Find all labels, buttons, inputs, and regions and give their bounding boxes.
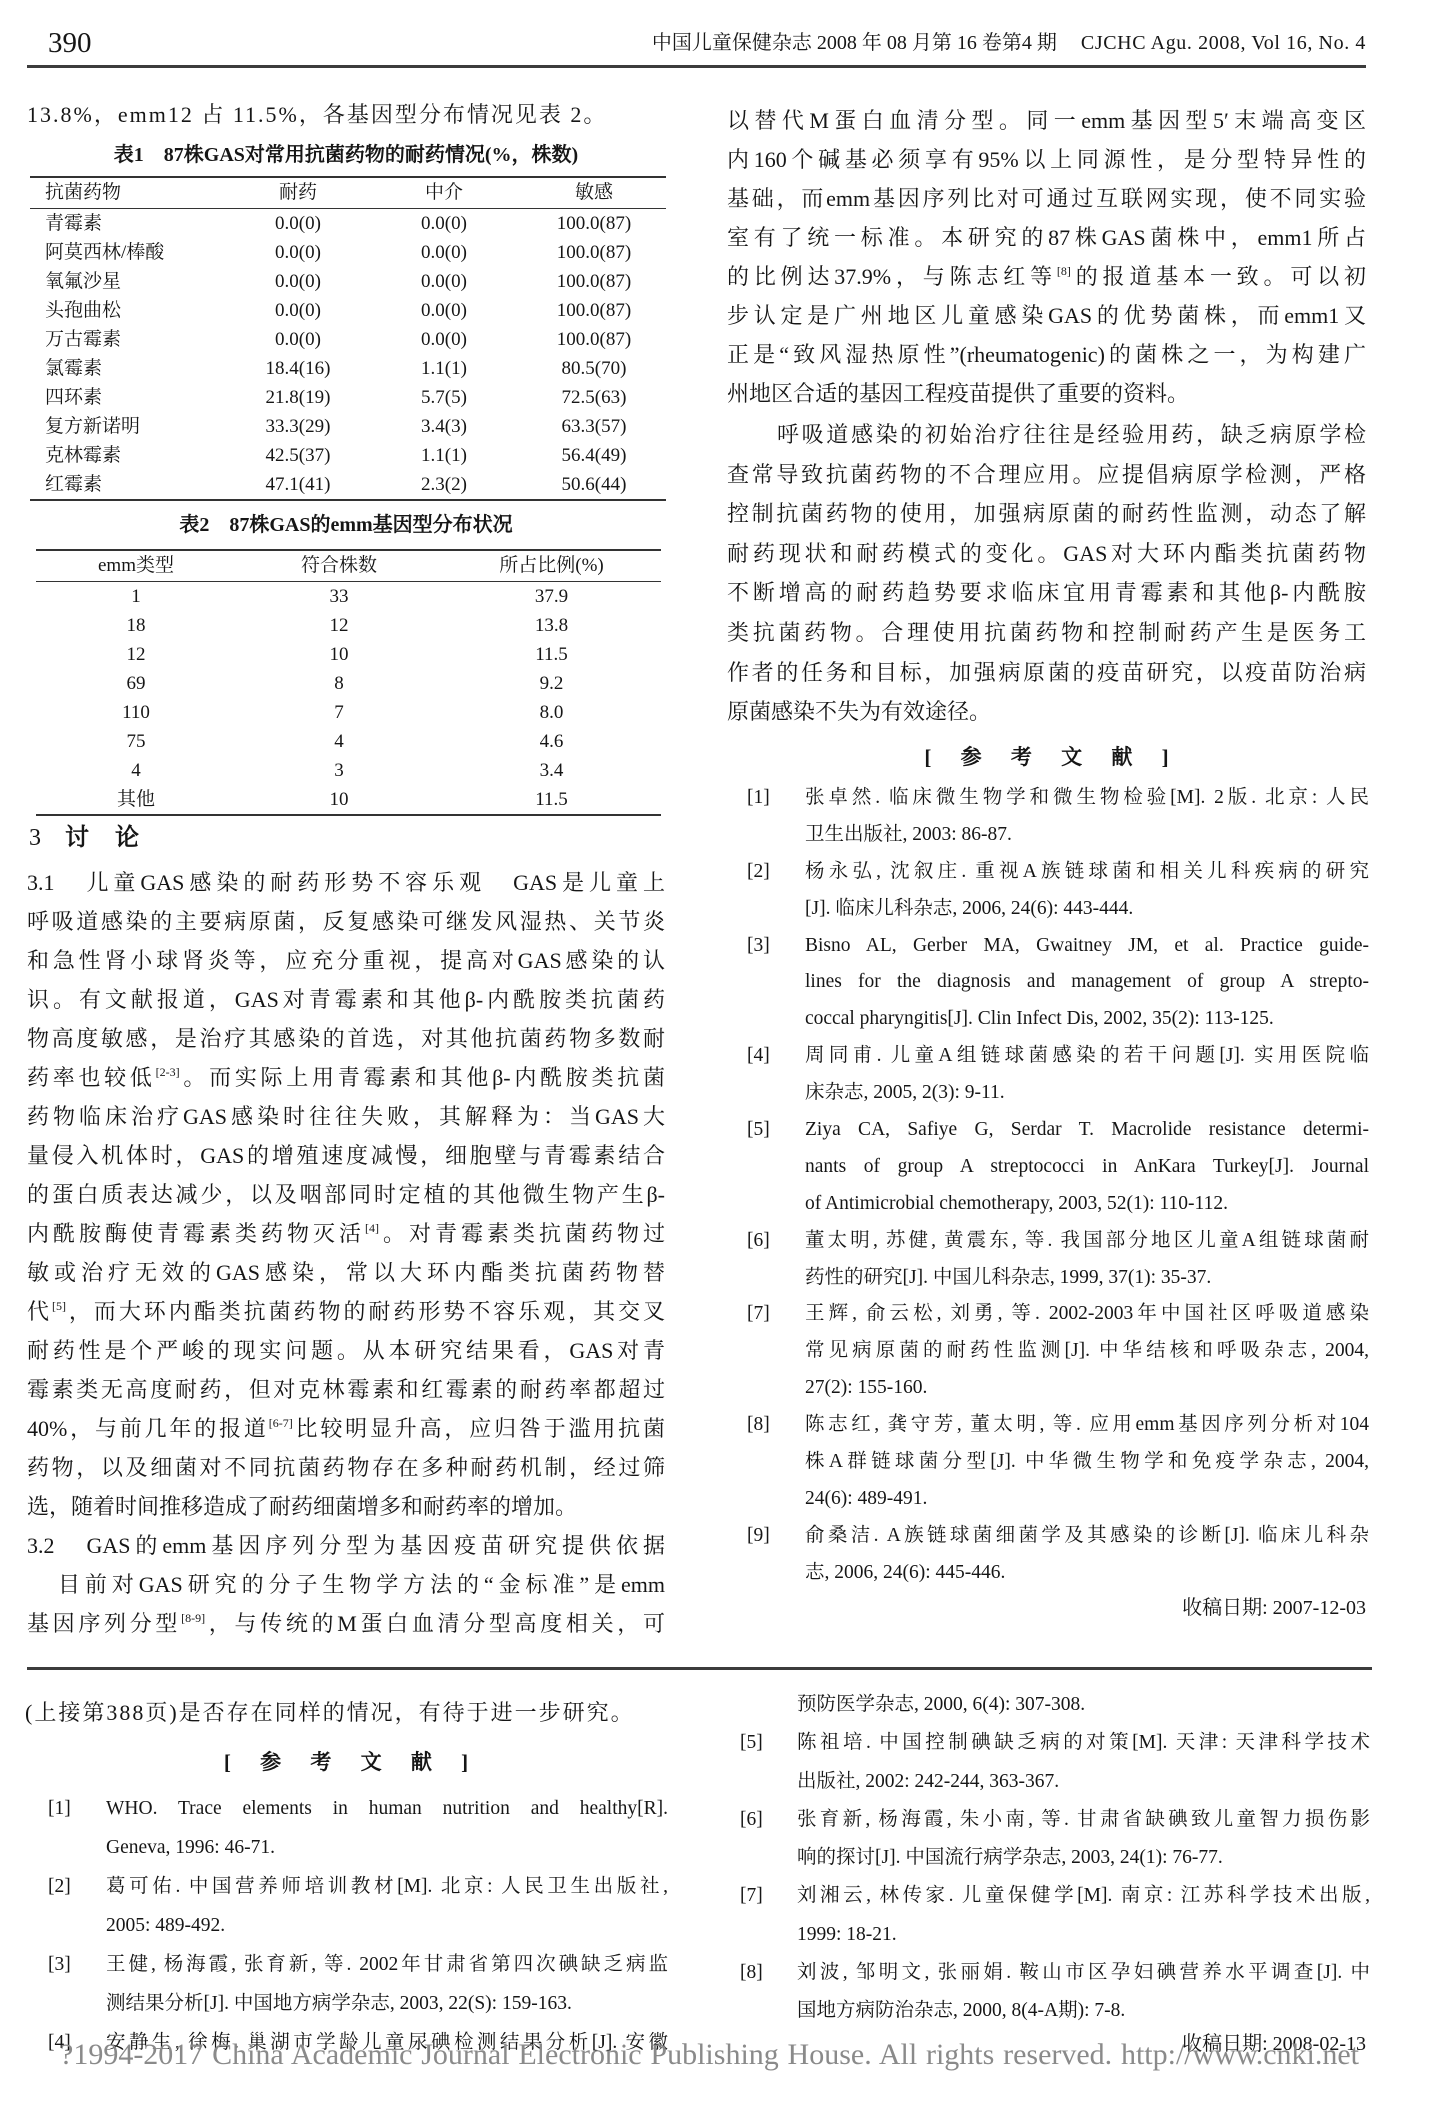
reference-item-5: [5]Ziya CA, Safiye G, Serdar T. Macrolid…: [727, 1112, 1369, 1149]
table2-header-cell: 所占比例(%): [442, 551, 661, 581]
table2-header-cell: emm类型: [36, 551, 236, 581]
reference-text: 张育新, 杨海霞, 朱小南, 等. 甘肃省缺碘致儿童智力损伤影: [797, 1809, 1370, 1830]
reference-line: [J]. 临床儿科杂志, 2006, 24(6): 443-444.: [727, 891, 1369, 928]
table1-caption: 表1 87株GAS对常用抗菌药物的耐药情况(%，株数): [27, 136, 665, 174]
reference-line: 27(2): 155-160.: [727, 1370, 1369, 1407]
table1-cell: 63.3(57): [522, 412, 666, 441]
table2-cell: 7: [236, 698, 442, 727]
reference-item-2: [2]杨永弘, 沈叙庄. 重视A族链球菌和相关儿科疾病的研究: [727, 854, 1369, 891]
text-line: 室有了统一标准。本研究的87株GAS菌株中，emm1所占: [727, 218, 1366, 257]
reference-number: [7]: [747, 1296, 770, 1333]
reference-item-9: [9]俞桑洁. A族链球菌细菌学及其感染的诊断[J]. 临床儿科杂: [727, 1518, 1369, 1555]
text-line: 步认定是广州地区儿童感染GAS的优势菌株，而emm1又: [727, 296, 1366, 335]
text-line: 代[5]，而大环内酯类抗菌药物的耐药形势不容乐观，其交叉: [27, 1292, 665, 1331]
reference-text: WHO. Trace elements in human nutrition a…: [106, 1798, 668, 1819]
reference-number: [1]: [48, 1789, 71, 1828]
table2-row: 69 8 9.2: [36, 669, 661, 698]
table2-cell: 1: [36, 582, 236, 611]
text-line: 的比例达37.9%，与陈志红等[8]的报道基本一致。可以初: [727, 257, 1366, 296]
reference-text: 陈志红, 龚守芳, 董太明, 等. 应用emm基因序列分析对104: [805, 1414, 1369, 1435]
reference-text: 刘波, 邹明文, 张丽娟. 鞍山市区孕妇碘营养水平调查[J]. 中: [797, 1962, 1370, 1983]
line-text: 。而实际上用青霉素和其他β-内酰胺类抗菌: [180, 1065, 665, 1090]
text-line: 3.1 儿童GAS感染的耐药形势不容乐观 GAS是儿童上: [27, 863, 665, 902]
table2-cell: 12: [36, 640, 236, 669]
table2-row: 18 12 13.8: [36, 611, 661, 640]
table2-cell: 其他: [36, 785, 236, 814]
references-heading: [ 参 考 文 献 ]: [27, 1743, 665, 1781]
reference-item-4: [4]周同甫. 儿童A组链球菌感染的若干问题[J]. 实用医院临: [727, 1038, 1369, 1075]
reference-list-continued: 预防医学杂志, 2000, 6(4): 307-308. [5]陈祖培. 中国控…: [727, 1686, 1370, 2031]
reference-text: Bisno AL, Gerber MA, Gwaitney JM, et al.…: [805, 935, 1369, 956]
text-line: 以替代M蛋白血清分型。同一emm基因型5′末端高变区: [727, 101, 1366, 140]
subsection-heading: 3.2 GAS的emm基因序列分型为基因疫苗研究提供依据: [27, 1533, 665, 1558]
reference-line: 株A群链球菌分型[J]. 中华微生物学和免疫学杂志, 2004,: [727, 1444, 1369, 1481]
table2-header-row: emm类型 符合株数 所占比例(%): [36, 551, 661, 582]
line-text: ，而大环内酯类抗菌药物的耐药形势不容乐观，其交叉: [66, 1299, 665, 1324]
continued-from-text: (上接第388页)是否存在同样的情况，有待于进一步研究。: [25, 1694, 635, 1732]
text-line: 查常导致抗菌药物的不合理应用。应提倡病原学检测，严格: [727, 455, 1366, 495]
table1-row: 氯霉素 18.4(16) 1.1(1) 80.5(70): [30, 354, 666, 383]
table2-cell: 110: [36, 698, 236, 727]
line-text: 40%，与前几年的报道: [27, 1416, 269, 1441]
reference-number: [2]: [747, 854, 770, 891]
table2-cell: 8.0: [442, 698, 661, 727]
text-line: 原菌感染不失为有效途径。: [727, 692, 1366, 732]
table1-cell: 72.5(63): [522, 383, 666, 412]
reference-item-1: [1]张卓然. 临床微生物学和微生物检验[M]. 2版. 北京: 人民: [727, 780, 1369, 817]
table1-header-cell: 敏感: [522, 178, 666, 208]
text-line: 药率也较低[2-3]。而实际上用青霉素和其他β-内酰胺类抗菌: [27, 1058, 665, 1097]
reference-number: [7]: [740, 1877, 763, 1915]
table2-row: 1 33 37.9: [36, 582, 661, 611]
table2-cell: 11.5: [442, 785, 661, 814]
table1-cell: 万古霉素: [30, 325, 230, 354]
line-text: 基因序列分型: [27, 1611, 181, 1636]
reference-number: [9]: [747, 1518, 770, 1555]
reference-text: Ziya CA, Safiye G, Serdar T. Macrolide r…: [805, 1119, 1369, 1140]
table1-header-cell: 耐药: [230, 178, 366, 208]
page-number: 390: [48, 24, 92, 62]
running-header: 中国儿童保健杂志 2008 年 08 月第 16 卷第4 期CJCHC Agu.…: [652, 24, 1366, 62]
line-text: 的报道基本一致。可以初: [1071, 264, 1366, 289]
table1-row: 头孢曲松 0.0(0) 0.0(0) 100.0(87): [30, 296, 666, 325]
reference-item-5: [5]陈祖培. 中国控制碘缺乏病的对策[M]. 天津: 天津科学技术: [727, 1724, 1370, 1762]
reference-text: 杨永弘, 沈叙庄. 重视A族链球菌和相关儿科疾病的研究: [805, 861, 1369, 882]
copyright-watermark: ?1994-2017 China Academic Journal Electr…: [60, 2034, 1359, 2076]
table1-header-row: 抗菌药物 耐药 中介 敏感: [30, 178, 666, 209]
text-line: 作者的任务和目标，加强病原菌的疫苗研究，以疫苗防治病: [727, 653, 1366, 693]
table2-cell: 8: [236, 669, 442, 698]
text-line: 3.2 GAS的emm基因序列分型为基因疫苗研究提供依据: [27, 1526, 665, 1565]
reference-number: [6]: [747, 1223, 770, 1260]
reference-item-6: [6]董太明, 苏健, 黄震东, 等. 我国部分地区儿童A组链球菌耐: [727, 1223, 1369, 1260]
table1-header-cell: 中介: [366, 178, 522, 208]
table1-cell: 3.4(3): [366, 412, 522, 441]
text-line: 正是“致风湿热原性”(rheumatogenic)的菌株之一，为构建广: [727, 335, 1366, 374]
table2-cell: 11.5: [442, 640, 661, 669]
table1-cell: 复方新诺明: [30, 412, 230, 441]
table1-row: 阿莫西林/棒酸 0.0(0) 0.0(0) 100.0(87): [30, 238, 666, 267]
reference-line: 出版社, 2002: 242-244, 363-367.: [727, 1763, 1370, 1801]
table1-cell: 100.0(87): [522, 209, 666, 238]
line-text: 药率也较低: [27, 1065, 156, 1090]
citation-superscript: [5]: [52, 1299, 66, 1313]
reference-line: of Antimicrobial chemotherapy, 2003, 52(…: [727, 1186, 1369, 1223]
reference-text: 俞桑洁. A族链球菌细菌学及其感染的诊断[J]. 临床儿科杂: [805, 1525, 1369, 1546]
line-text: ，与传统的M蛋白血清分型高度相关，可: [205, 1611, 665, 1636]
text-line: 霉素类无高度耐药，但对克林霉素和红霉素的耐药率都超过: [27, 1370, 665, 1409]
text-line: 耐药性是个严峻的现实问题。从本研究结果看，GAS对青: [27, 1331, 665, 1370]
text-line: 选，随着时间推移造成了耐药细菌增多和耐药率的增加。: [27, 1487, 665, 1526]
text-line: 药物，以及细菌对不同抗菌药物存在多种耐药机制，经过筛: [27, 1448, 665, 1487]
reference-line: 响的探讨[J]. 中国流行病学杂志, 2003, 24(1): 76-77.: [727, 1839, 1370, 1877]
table1-cell: 18.4(16): [230, 354, 366, 383]
header-rule: [27, 65, 1366, 68]
table1-row: 复方新诺明 33.3(29) 3.4(3) 63.3(57): [30, 412, 666, 441]
table1-row: 四环素 21.8(19) 5.7(5) 72.5(63): [30, 383, 666, 412]
table1-header-cell: 抗菌药物: [30, 178, 230, 208]
table1-cell: 0.0(0): [230, 267, 366, 296]
table1-row: 克林霉素 42.5(37) 1.1(1) 56.4(49): [30, 441, 666, 470]
section-title: 讨论: [65, 825, 165, 851]
table1-cell: 100.0(87): [522, 325, 666, 354]
table2-cell: 3.4: [442, 756, 661, 785]
table1-cell: 0.0(0): [230, 238, 366, 267]
table1-cell: 氧氟沙星: [30, 267, 230, 296]
intro-line: 13.8%，emm12 占 11.5%，各基因型分布情况见表 2。: [27, 96, 607, 134]
reference-item-8: [8]陈志红, 龚守芳, 董太明, 等. 应用emm基因序列分析对104: [727, 1407, 1369, 1444]
text-line: 的蛋白质表达减少，以及咽部同时定植的其他微生物产生β-: [27, 1175, 665, 1214]
text-line: 内酰胺酶使青霉素类药物灭活[4]。对青霉素类抗菌药物过: [27, 1214, 665, 1253]
line-text: 比较明显升高，应归咎于滥用抗菌: [293, 1416, 665, 1441]
reference-number: [3]: [48, 1945, 71, 1984]
table2-caption: 表2 87株GAS的emm基因型分布状况: [27, 506, 665, 544]
table1-cell: 80.5(70): [522, 354, 666, 383]
line-text: 。对青霉素类抗菌药物过: [379, 1221, 665, 1246]
reference-line: 2005: 489-492.: [27, 1906, 668, 1945]
reference-list: [1]WHO. Trace elements in human nutritio…: [27, 1789, 668, 2062]
table1-row: 红霉素 47.1(41) 2.3(2) 50.6(44): [30, 470, 666, 499]
table1-cell: 头孢曲松: [30, 296, 230, 325]
reference-item-3: [3]王健, 杨海霞, 张育新, 等. 2002年甘肃省第四次碘缺乏病监: [27, 1945, 668, 1984]
received-date: 收稿日期: 2007-12-03: [727, 1590, 1366, 1627]
reference-item-6: [6]张育新, 杨海霞, 朱小南, 等. 甘肃省缺碘致儿童智力损伤影: [727, 1801, 1370, 1839]
reference-item-8: [8]刘波, 邹明文, 张丽娟. 鞍山市区孕妇碘营养水平调查[J]. 中: [727, 1954, 1370, 1992]
reference-text: 王健, 杨海霞, 张育新, 等. 2002年甘肃省第四次碘缺乏病监: [106, 1954, 668, 1975]
journal-page: 390 中国儿童保健杂志 2008 年 08 月第 16 卷第4 期CJCHC …: [0, 0, 1435, 2121]
reference-line: lines for the diagnosis and management o…: [727, 964, 1369, 1001]
text-line: 内160个碱基必须享有95%以上同源性，是分型特异性的: [727, 140, 1366, 179]
table1-row: 万古霉素 0.0(0) 0.0(0) 100.0(87): [30, 325, 666, 354]
reference-text: 陈祖培. 中国控制碘缺乏病的对策[M]. 天津: 天津科学技术: [797, 1732, 1370, 1753]
table1-cell: 2.3(2): [366, 470, 522, 499]
table2-cell: 9.2: [442, 669, 661, 698]
table2-row: 75 4 4.6: [36, 727, 661, 756]
section-number: 3: [29, 825, 41, 851]
reference-item-3: [3]Bisno AL, Gerber MA, Gwaitney JM, et …: [727, 928, 1369, 965]
reference-number: [6]: [740, 1801, 763, 1839]
citation-superscript: [4]: [365, 1221, 379, 1235]
reference-text: 刘湘云, 林传家. 儿童保健学[M]. 南京: 江苏科学技术出版,: [797, 1885, 1370, 1906]
reference-line: 志, 2006, 24(6): 445-446.: [727, 1555, 1369, 1592]
table2-cell: 12: [236, 611, 442, 640]
table1-cell: 0.0(0): [366, 325, 522, 354]
text-line: 识。有文献报道，GAS对青霉素和其他β-内酰胺类抗菌药: [27, 980, 665, 1019]
right-body-paragraph-2: 呼吸道感染的初始治疗往往是经验用药，缺乏病原学检 查常导致抗菌药物的不合理应用。…: [727, 415, 1366, 732]
table2-cell: 33: [236, 582, 442, 611]
journal-title-en: CJCHC Agu. 2008, Vol 16, No. 4: [1081, 32, 1366, 54]
reference-number: [8]: [747, 1407, 770, 1444]
table2-cell: 4.6: [442, 727, 661, 756]
table2-cell: 13.8: [442, 611, 661, 640]
table1-cell: 克林霉素: [30, 441, 230, 470]
citation-superscript: [6-7]: [269, 1416, 293, 1430]
table1-cell: 100.0(87): [522, 267, 666, 296]
table1-cell: 0.0(0): [230, 209, 366, 238]
article-divider: [27, 1667, 1372, 1670]
text-line: 呼吸道感染的主要病原菌，反复感染可继发风湿热、关节炎: [27, 902, 665, 941]
table1-cell: 50.6(44): [522, 470, 666, 499]
reference-line: 测结果分析[J]. 中国地方病学杂志, 2003, 22(S): 159-163…: [27, 1984, 668, 2023]
table2-cell: 18: [36, 611, 236, 640]
references-heading: [ 参 考 文 献 ]: [727, 738, 1366, 776]
reference-text: 张卓然. 临床微生物学和微生物检验[M]. 2版. 北京: 人民: [805, 787, 1369, 808]
reference-line: 药性的研究[J]. 中国儿科杂志, 1999, 37(1): 35-37.: [727, 1260, 1369, 1297]
table2-cell: 3: [236, 756, 442, 785]
section-heading-discussion: 3讨论: [29, 819, 165, 857]
table1-cell: 56.4(49): [522, 441, 666, 470]
text-line: 基因序列分型[8-9]，与传统的M蛋白血清分型高度相关，可: [27, 1604, 665, 1643]
line-text: 的比例达37.9%，与陈志红等: [727, 264, 1057, 289]
table2-row: 110 7 8.0: [36, 698, 661, 727]
text-line: 呼吸道感染的初始治疗往往是经验用药，缺乏病原学检: [727, 415, 1366, 455]
citation-superscript: [2-3]: [156, 1065, 180, 1079]
table1-cell: 33.3(29): [230, 412, 366, 441]
reference-line: nants of group A streptococci in AnKara …: [727, 1149, 1369, 1186]
text-line: 基础，而emm基因序列比对可通过互联网实现，使不同实验: [727, 179, 1366, 218]
text-line: 物高度敏感，是治疗其感染的首选，对其他抗菌药物多数耐: [27, 1019, 665, 1058]
reference-item-2: [2]葛可佑. 中国营养师培训教材[M]. 北京: 人民卫生出版社,: [27, 1867, 668, 1906]
reference-number: [2]: [48, 1867, 71, 1906]
right-body-paragraph-1: 以替代M蛋白血清分型。同一emm基因型5′末端高变区 内160个碱基必须享有95…: [727, 101, 1366, 413]
reference-line: 常见病原菌的耐药性监测[J]. 中华结核和呼吸杂志, 2004,: [727, 1333, 1369, 1370]
reference-text: 葛可佑. 中国营养师培训教材[M]. 北京: 人民卫生出版社,: [106, 1876, 668, 1897]
table1-cell: 1.1(1): [366, 441, 522, 470]
citation-superscript: [8-9]: [181, 1611, 205, 1625]
table1-cell: 青霉素: [30, 209, 230, 238]
reference-item-7: [7]刘湘云, 林传家. 儿童保健学[M]. 南京: 江苏科学技术出版,: [727, 1877, 1370, 1915]
text-line: 类抗菌药物。合理使用抗菌药物和控制耐药产生是医务工: [727, 613, 1366, 653]
reference-number: [1]: [747, 780, 770, 817]
text-line: 控制抗菌药物的使用，加强病原菌的耐药性监测，动态了解: [727, 494, 1366, 534]
table2-row: 12 10 11.5: [36, 640, 661, 669]
text-line: 耐药现状和耐药模式的变化。GAS对大环内酯类抗菌药物: [727, 534, 1366, 574]
reference-item-1: [1]WHO. Trace elements in human nutritio…: [27, 1789, 668, 1828]
reference-line: 1999: 18-21.: [727, 1916, 1370, 1954]
reference-text: 董太明, 苏健, 黄震东, 等. 我国部分地区儿童A组链球菌耐: [805, 1230, 1369, 1251]
line-text: 代: [27, 1299, 52, 1324]
reference-text: 周同甫. 儿童A组链球菌感染的若干问题[J]. 实用医院临: [805, 1045, 1369, 1066]
reference-line: 预防医学杂志, 2000, 6(4): 307-308.: [727, 1686, 1370, 1724]
table2-cell: 75: [36, 727, 236, 756]
table1-cell: 0.0(0): [366, 296, 522, 325]
table1-cell: 47.1(41): [230, 470, 366, 499]
reference-line: coccal pharyngitis[J]. Clin Infect Dis, …: [727, 1001, 1369, 1038]
table1-cell: 100.0(87): [522, 238, 666, 267]
line-text: GAS是儿童上: [486, 870, 665, 895]
table1-cell: 0.0(0): [366, 209, 522, 238]
table1-cell: 5.7(5): [366, 383, 522, 412]
text-line: 量侵入机体时，GAS的增殖速度减慢，细胞壁与青霉素结合: [27, 1136, 665, 1175]
text-line: 药物临床治疗GAS感染时往往失败，其解释为：当GAS大: [27, 1097, 665, 1136]
line-text: 内酰胺酶使青霉素类药物灭活: [27, 1221, 365, 1246]
table2-cell: 37.9: [442, 582, 661, 611]
table1-cell: 0.0(0): [230, 296, 366, 325]
left-body-text: 3.1 儿童GAS感染的耐药形势不容乐观 GAS是儿童上 呼吸道感染的主要病原菌…: [27, 863, 665, 1643]
table2-cell: 10: [236, 785, 442, 814]
reference-list: [1]张卓然. 临床微生物学和微生物检验[M]. 2版. 北京: 人民 卫生出版…: [727, 780, 1369, 1592]
reference-line: 床杂志, 2005, 2(3): 9-11.: [727, 1075, 1369, 1112]
table1-cell: 21.8(19): [230, 383, 366, 412]
table2-cell: 69: [36, 669, 236, 698]
table1-cell: 红霉素: [30, 470, 230, 499]
text-line: 40%，与前几年的报道[6-7]比较明显升高，应归咎于滥用抗菌: [27, 1409, 665, 1448]
journal-title-cn: 中国儿童保健杂志 2008 年 08 月第 16 卷第4 期: [652, 32, 1057, 54]
table1-cell: 阿莫西林/棒酸: [30, 238, 230, 267]
table2-row: 其他 10 11.5: [36, 785, 661, 814]
reference-line: 国地方病防治杂志, 2000, 8(4-A期): 7-8.: [727, 1992, 1370, 2030]
reference-number: [5]: [747, 1112, 770, 1149]
table1-cell: 42.5(37): [230, 441, 366, 470]
table2-row: 4 3 3.4: [36, 756, 661, 785]
text-line: 和急性肾小球肾炎等，应充分重视，提高对GAS感染的认: [27, 941, 665, 980]
table2-header-cell: 符合株数: [236, 551, 442, 581]
table1-row: 氧氟沙星 0.0(0) 0.0(0) 100.0(87): [30, 267, 666, 296]
reference-number: [4]: [747, 1038, 770, 1075]
table1-cell: 0.0(0): [366, 238, 522, 267]
table2-cell: 4: [36, 756, 236, 785]
reference-item-7: [7]王辉, 俞云松, 刘勇, 等. 2002-2003年中国社区呼吸道感染: [727, 1296, 1369, 1333]
table1-cell: 1.1(1): [366, 354, 522, 383]
text-line: 不断增高的耐药趋势要求临床宜用青霉素和其他β-内酰胺: [727, 573, 1366, 613]
reference-line: Geneva, 1996: 46-71.: [27, 1828, 668, 1867]
text-line: 敏或治疗无效的GAS感染，常以大环内酯类抗菌药物替: [27, 1253, 665, 1292]
citation-superscript: [8]: [1057, 264, 1071, 278]
table2: emm类型 符合株数 所占比例(%) 1 33 37.9 18 12 13.8 …: [36, 549, 661, 816]
table1-cell: 0.0(0): [366, 267, 522, 296]
reference-number: [8]: [740, 1954, 763, 1992]
table2-cell: 4: [236, 727, 442, 756]
table2-cell: 10: [236, 640, 442, 669]
table1-cell: 100.0(87): [522, 296, 666, 325]
reference-number: [5]: [740, 1724, 763, 1762]
table1-cell: 0.0(0): [230, 325, 366, 354]
table1-cell: 氯霉素: [30, 354, 230, 383]
reference-line: 卫生出版社, 2003: 86-87.: [727, 817, 1369, 854]
subsection-heading: 3.1 儿童GAS感染的耐药形势不容乐观: [27, 870, 486, 895]
table1-row: 青霉素 0.0(0) 0.0(0) 100.0(87): [30, 209, 666, 238]
text-line: 州地区合适的基因工程疫苗提供了重要的资料。: [727, 374, 1366, 413]
table1: 抗菌药物 耐药 中介 敏感 青霉素 0.0(0) 0.0(0) 100.0(87…: [30, 176, 666, 501]
reference-text: 王辉, 俞云松, 刘勇, 等. 2002-2003年中国社区呼吸道感染: [805, 1303, 1369, 1324]
reference-line: 24(6): 489-491.: [727, 1481, 1369, 1518]
table1-cell: 四环素: [30, 383, 230, 412]
reference-number: [3]: [747, 928, 770, 965]
text-line: 目前对GAS研究的分子生物学方法的“金标准”是emm: [27, 1565, 665, 1604]
